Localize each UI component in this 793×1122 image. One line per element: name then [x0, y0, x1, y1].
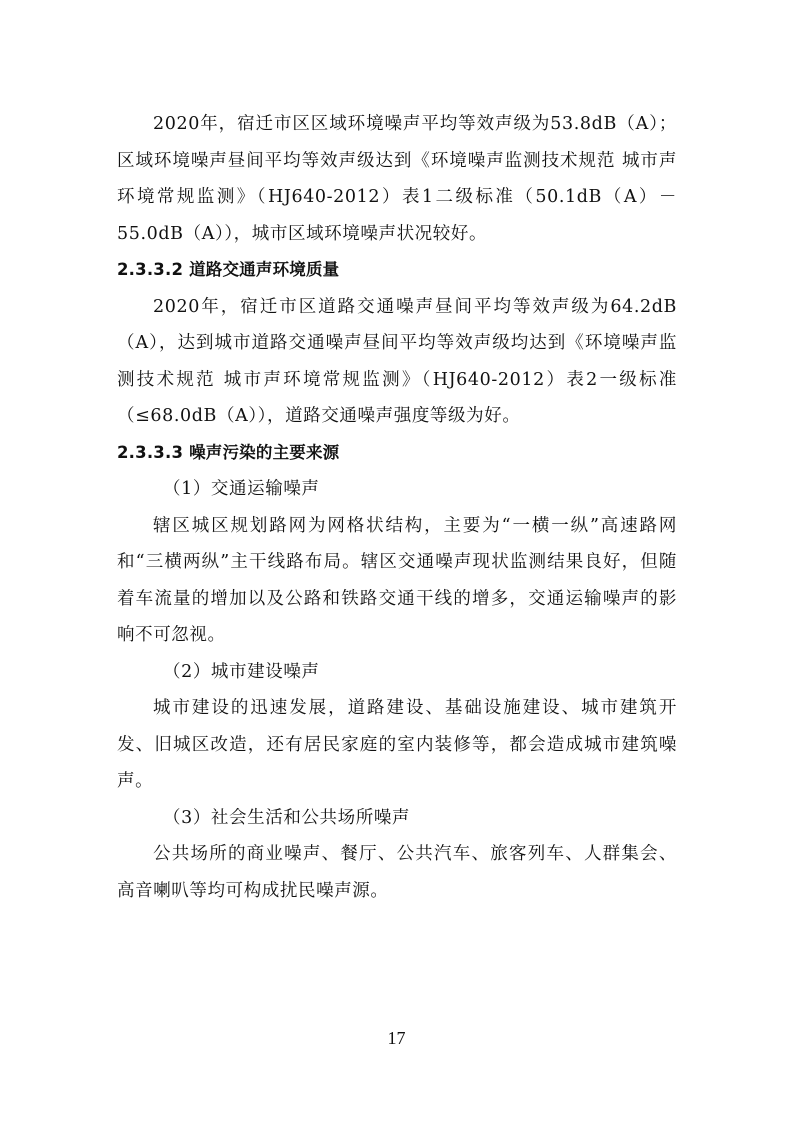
subheading-construction-noise: （2）城市建设噪声 [117, 654, 677, 691]
paragraph-road-traffic-noise: 2020年，宿迁市区道路交通噪声昼间平均等效声级为64.2dB（A），达到城市道… [117, 289, 677, 435]
paragraph-traffic-noise: 辖区城区规划路网为网格状结构，主要为“一横一纵”高速路网和“三横两纵”主干线路布… [117, 508, 677, 654]
document-page: 2020年，宿迁市区区域环境噪声平均等效声级为53.8dB（A）；区域环境噪声昼… [117, 106, 677, 909]
paragraph-construction-noise: 城市建设的迅速发展，道路建设、基础设施建设、城市建筑开发、旧城区改造，还有居民家… [117, 690, 677, 800]
subheading-traffic-noise: （1）交通运输噪声 [117, 471, 677, 508]
page-number: 17 [0, 1028, 793, 1049]
paragraph-public-place-noise: 公共场所的商业噪声、餐厅、公共汽车、旅客列车、人群集会、高音喇叭等均可构成扰民噪… [117, 836, 677, 909]
paragraph-regional-noise: 2020年，宿迁市区区域环境噪声平均等效声级为53.8dB（A）；区域环境噪声昼… [117, 106, 677, 252]
section-heading-road-traffic-noise: 2.3.3.2 道路交通声环境质量 [117, 252, 677, 289]
section-heading-noise-sources: 2.3.3.3 噪声污染的主要来源 [117, 435, 677, 472]
subheading-public-place-noise: （3）社会生活和公共场所噪声 [117, 800, 677, 837]
